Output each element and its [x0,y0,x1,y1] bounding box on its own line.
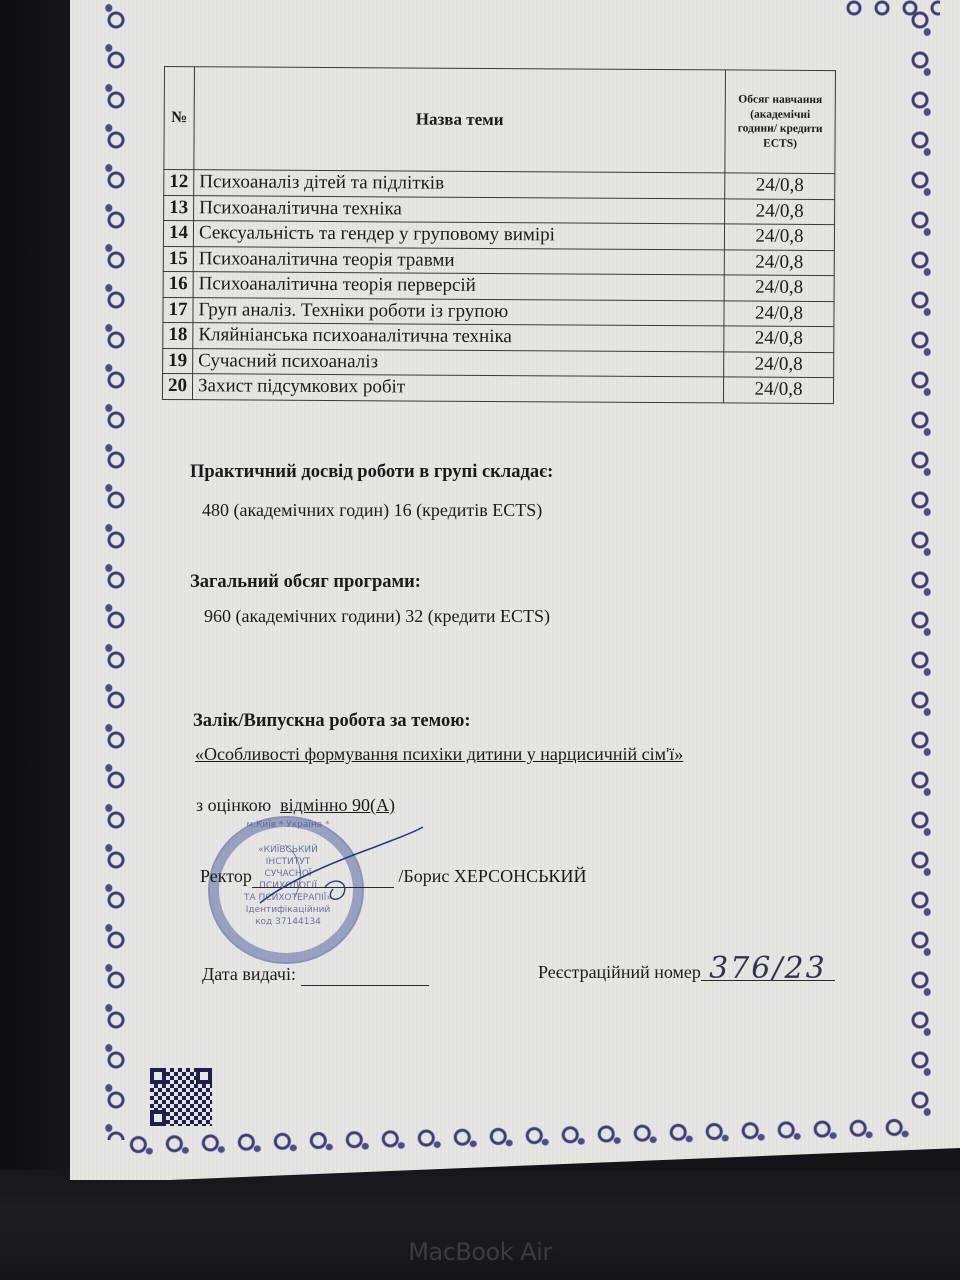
grade-row: з оцінкою відмінно 90(А) [196,795,395,816]
row-volume: 24/0,8 [724,275,834,301]
laptop-brand-label: MacBook Air [0,1238,960,1266]
row-volume: 24/0,8 [724,300,834,326]
row-number: 20 [162,373,192,399]
row-volume: 24/0,8 [724,249,834,275]
row-number: 15 [163,246,193,272]
row-topic: Психоаналіз дітей та підлітків [194,170,725,199]
ornament-border-right-icon [902,0,942,1125]
laptop-bezel [0,0,70,1180]
reg-number-value: 376/23 [701,958,835,981]
row-volume: 24/0,8 [725,198,835,224]
grade-value: відмінно 90(А) [280,795,395,815]
reg-number-row: Реєстраційний номер376/23 [538,958,835,983]
qr-code-icon [150,1068,212,1126]
issue-date-field [301,964,429,986]
row-topic: Сучасний психоаналіз [193,348,724,377]
row-number: 14 [163,221,193,247]
row-number: 12 [164,170,194,196]
rector-name: /Борис ХЕРСОНСЬКИЙ [398,866,586,886]
row-volume: 24/0,8 [724,351,834,377]
column-header-number: № [164,67,195,170]
total-heading: Загальний обсяг програми: [190,572,421,593]
row-topic: Психоаналітична техніка [194,195,725,224]
row-number: 17 [163,297,193,323]
practice-value: 480 (академічних годин) 16 (кредитів ECT… [202,500,542,521]
table-header-row: № Назва теми Обсяг навчання (академічні … [164,67,836,174]
row-number: 16 [163,271,193,297]
thesis-heading: Залік/Випускна робота за темою: [193,711,471,732]
signature-icon [225,825,425,905]
row-topic: Захист підсумкових робіт [192,374,723,403]
row-number: 13 [164,195,194,221]
reg-number-label: Реєстраційний номер [538,962,701,982]
thesis-title: «Особливості формування психіки дитини у… [195,744,683,765]
row-number: 19 [163,348,193,374]
grade-label: з оцінкою [196,795,271,815]
column-header-topic: Назва теми [194,67,726,173]
stamp-line: код 37144134 [242,916,334,928]
issue-date-row: Дата видачі: [202,964,429,986]
topics-table: № Назва теми Обсяг навчання (академічні … [162,66,836,404]
issue-date-label: Дата видачі: [202,964,296,984]
row-topic: Психоаналітична теорія травми [193,246,724,275]
practice-heading: Практичний досвід роботи в групі складає… [190,462,553,483]
row-topic: Кляйніанська психоаналітична техніка [193,323,724,352]
row-volume: 24/0,8 [723,377,833,403]
row-topic: Груп аналіз. Техніки роботи із групою [193,297,724,326]
total-value: 960 (академічних години) 32 (кредити ECT… [204,606,550,627]
ornament-border-top-icon [840,0,940,16]
table-row: 20Захист підсумкових робіт24/0,8 [162,373,833,403]
row-number: 18 [163,322,193,348]
row-volume: 24/0,8 [724,326,834,352]
row-volume: 24/0,8 [725,173,835,199]
stamp-line: Ідентифікаційний [242,904,334,916]
row-volume: 24/0,8 [724,224,834,250]
column-header-volume: Обсяг навчання (академічні години/ креди… [725,70,836,174]
row-topic: Сексуальність та гендер у груповому вимі… [193,221,724,250]
ornament-border-left-icon [98,0,138,1140]
row-topic: Психоаналітична теорія перверсій [193,272,724,301]
